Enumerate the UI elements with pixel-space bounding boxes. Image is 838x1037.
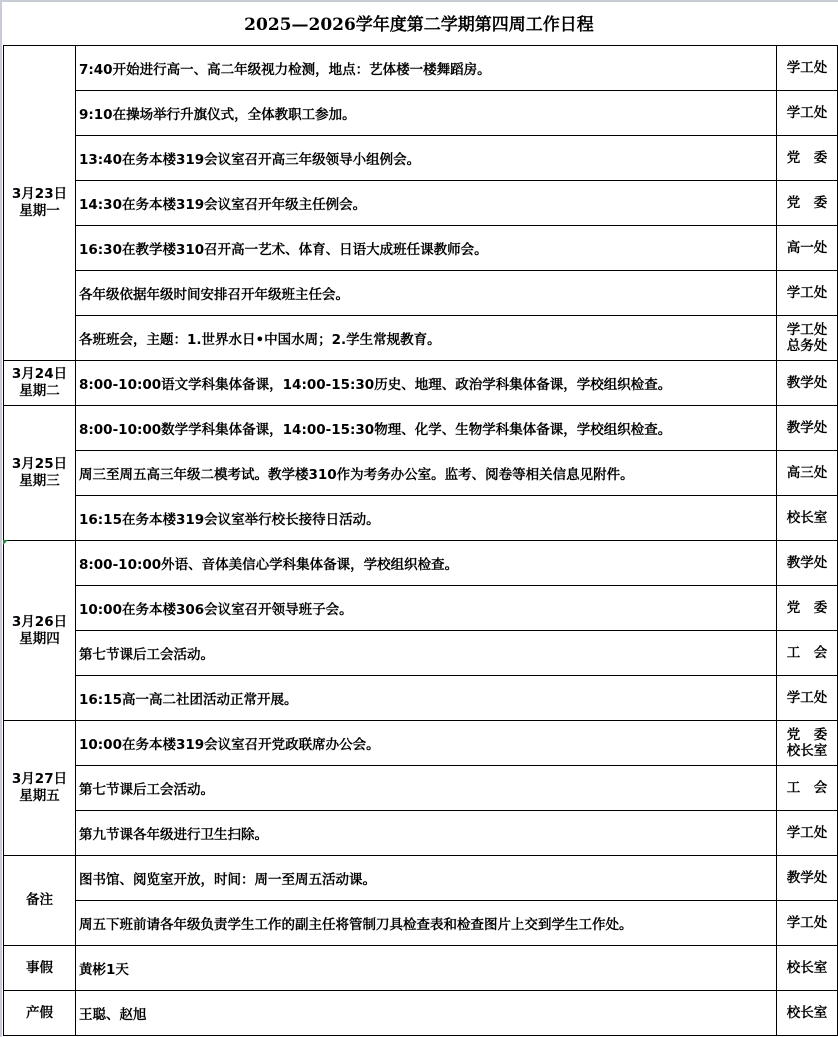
- date-cell-mon: 3月23日 星期一: [4, 46, 76, 361]
- dept-label: 党 委: [777, 150, 837, 166]
- event-content: 7:40开始进行高一、高二年级视力检测，地点：艺体楼一楼舞蹈房。: [76, 46, 777, 91]
- event-content: 8:00-10:00语文学科集体备课，14:00-15:30历史、地理、政治学科…: [76, 361, 777, 406]
- dept-label: 学工处: [777, 105, 837, 121]
- table-row: 16:15高一高二社团活动正常开展。 学工处: [4, 676, 838, 721]
- dept-cell: 学工处: [777, 91, 838, 136]
- dept-cell: 教学处: [777, 406, 838, 451]
- table-row: 第七节课后工会活动。 工 会: [4, 766, 838, 811]
- dept-cell: 高一处: [777, 226, 838, 271]
- personal-leave-content: 黄彬1天: [76, 946, 777, 991]
- maternity-leave-content: 王聪、赵旭: [76, 991, 777, 1036]
- date-cell-fri: 3月27日 星期五: [4, 721, 76, 856]
- dept-label: 学工处: [777, 825, 837, 841]
- date-cell-thu: 3月26日 星期四: [4, 541, 76, 721]
- date-cell-tue: 3月24日 星期二: [4, 361, 76, 406]
- table-row: 16:30在教学楼310召开高一艺术、体育、日语大成班任课教师会。 高一处: [4, 226, 838, 271]
- table-row: 各年级依据年级时间安排召开年级班主任会。 学工处: [4, 271, 838, 316]
- dept-label: 学工处: [777, 60, 837, 76]
- personal-leave-label: 事假: [4, 946, 76, 991]
- event-content: 16:15在务本楼319会议室举行校长接待日活动。: [76, 496, 777, 541]
- dept-label: 学工处: [777, 915, 837, 931]
- event-content: 8:00-10:00数学学科集体备课，14:00-15:30物理、化学、生物学科…: [76, 406, 777, 451]
- dept-label: 高三处: [777, 465, 837, 481]
- event-content: 10:00在务本楼319会议室召开党政联席办公会。: [76, 721, 777, 766]
- dept-cell: 学工处: [777, 811, 838, 856]
- event-content: 第七节课后工会活动。: [76, 766, 777, 811]
- dept-label: 工 会: [777, 645, 837, 661]
- dept-label: 校长室: [777, 1005, 837, 1021]
- dept-cell: 工 会: [777, 766, 838, 811]
- table-row: 14:30在务本楼319会议室召开年级主任例会。 党 委: [4, 181, 838, 226]
- dept-cell: 学工处: [777, 271, 838, 316]
- dept-cell: 校长室: [777, 991, 838, 1036]
- schedule-table: 3月23日 星期一 7:40开始进行高一、高二年级视力检测，地点：艺体楼一楼舞蹈…: [3, 45, 838, 1036]
- weekday-label: 星期二: [4, 383, 75, 400]
- dept-cell: 党 委: [777, 136, 838, 181]
- dept-cell: 校长室: [777, 496, 838, 541]
- dept-label: 校长室: [777, 743, 837, 759]
- table-row: 9:10在操场举行升旗仪式，全体教职工参加。 学工处: [4, 91, 838, 136]
- date-cell-wed: 3月25日 星期三: [4, 406, 76, 541]
- dept-cell: 学工处: [777, 46, 838, 91]
- table-row: 13:40在务本楼319会议室召开高三年级领导小组例会。 党 委: [4, 136, 838, 181]
- table-row: 产假 王聪、赵旭 校长室: [4, 991, 838, 1036]
- table-row: 3月25日 星期三 8:00-10:00数学学科集体备课，14:00-15:30…: [4, 406, 838, 451]
- dept-label: 学工处: [777, 690, 837, 706]
- dept-cell: 教学处: [777, 361, 838, 406]
- note-content: 图书馆、阅览室开放，时间：周一至周五活动课。: [76, 856, 777, 901]
- dept-label: 校长室: [777, 510, 837, 526]
- table-row: 第七节课后工会活动。 工 会: [4, 631, 838, 676]
- dept-label: 教学处: [777, 555, 837, 571]
- dept-label: 教学处: [777, 375, 837, 391]
- event-content: 14:30在务本楼319会议室召开年级主任例会。: [76, 181, 777, 226]
- dept-cell: 教学处: [777, 541, 838, 586]
- dept-cell: 校长室: [777, 946, 838, 991]
- dept-label: 党 委: [777, 727, 837, 743]
- dept-label: 高一处: [777, 240, 837, 256]
- dept-cell: 高三处: [777, 451, 838, 496]
- event-content: 第七节课后工会活动。: [76, 631, 777, 676]
- dept-cell: 党 委 校长室: [777, 721, 838, 766]
- date-label: 3月24日: [4, 366, 75, 383]
- event-content: 各班班会，主题：1.世界水日•中国水周；2.学生常规教育。: [76, 316, 777, 361]
- dept-label: 教学处: [777, 420, 837, 436]
- dept-label: 党 委: [777, 600, 837, 616]
- event-content: 13:40在务本楼319会议室召开高三年级领导小组例会。: [76, 136, 777, 181]
- dept-cell: 党 委: [777, 181, 838, 226]
- dept-cell: 学工处: [777, 901, 838, 946]
- table-row: 3月24日 星期二 8:00-10:00语文学科集体备课，14:00-15:30…: [4, 361, 838, 406]
- date-label: 3月23日: [4, 186, 75, 203]
- note-content: 周五下班前请各年级负责学生工作的副主任将管制刀具检查表和检查图片上交到学生工作处…: [76, 901, 777, 946]
- event-content: 第九节课各年级进行卫生扫除。: [76, 811, 777, 856]
- event-content: 周三至周五高三年级二模考试。教学楼310作为考务办公室。监考、阅卷等相关信息见附…: [76, 451, 777, 496]
- event-content: 10:00在务本楼306会议室召开领导班子会。: [76, 586, 777, 631]
- table-row: 3月26日 星期四 8:00-10:00外语、音体美信心学科集体备课，学校组织检…: [4, 541, 838, 586]
- event-content: 9:10在操场举行升旗仪式，全体教职工参加。: [76, 91, 777, 136]
- weekday-label: 星期一: [4, 203, 75, 220]
- table-row: 各班班会，主题：1.世界水日•中国水周；2.学生常规教育。 学工处 总务处: [4, 316, 838, 361]
- dept-cell: 党 委: [777, 586, 838, 631]
- cell-comment-marker-icon: [3, 540, 8, 545]
- dept-label: 学工处: [777, 322, 837, 338]
- dept-cell: 工 会: [777, 631, 838, 676]
- table-row: 第九节课各年级进行卫生扫除。 学工处: [4, 811, 838, 856]
- dept-label: 校长室: [777, 960, 837, 976]
- event-content: 16:15高一高二社团活动正常开展。: [76, 676, 777, 721]
- dept-label: 教学处: [777, 870, 837, 886]
- notes-label: 备注: [4, 856, 76, 946]
- dept-label: 总务处: [777, 338, 837, 354]
- dept-cell: 学工处 总务处: [777, 316, 838, 361]
- table-row: 周三至周五高三年级二模考试。教学楼310作为考务办公室。监考、阅卷等相关信息见附…: [4, 451, 838, 496]
- dept-label: 党 委: [777, 195, 837, 211]
- date-label: 3月25日: [4, 456, 75, 473]
- dept-label: 工 会: [777, 780, 837, 796]
- dept-cell: 教学处: [777, 856, 838, 901]
- table-row: 10:00在务本楼306会议室召开领导班子会。 党 委: [4, 586, 838, 631]
- table-row: 3月27日 星期五 10:00在务本楼319会议室召开党政联席办公会。 党 委 …: [4, 721, 838, 766]
- event-content: 16:30在教学楼310召开高一艺术、体育、日语大成班任课教师会。: [76, 226, 777, 271]
- weekday-label: 星期四: [4, 631, 75, 648]
- date-label: 3月27日: [4, 771, 75, 788]
- table-row: 事假 黄彬1天 校长室: [4, 946, 838, 991]
- weekday-label: 星期三: [4, 473, 75, 490]
- dept-cell: 学工处: [777, 676, 838, 721]
- page-title: 2025—2026学年度第二学期第四周工作日程: [0, 0, 838, 45]
- maternity-leave-label: 产假: [4, 991, 76, 1036]
- date-label: 3月26日: [4, 614, 75, 631]
- table-row: 16:15在务本楼319会议室举行校长接待日活动。 校长室: [4, 496, 838, 541]
- weekday-label: 星期五: [4, 788, 75, 805]
- event-content: 8:00-10:00外语、音体美信心学科集体备课，学校组织检查。: [76, 541, 777, 586]
- dept-label: 学工处: [777, 285, 837, 301]
- event-content: 各年级依据年级时间安排召开年级班主任会。: [76, 271, 777, 316]
- table-row: 备注 图书馆、阅览室开放，时间：周一至周五活动课。 教学处: [4, 856, 838, 901]
- table-row: 3月23日 星期一 7:40开始进行高一、高二年级视力检测，地点：艺体楼一楼舞蹈…: [4, 46, 838, 91]
- table-row: 周五下班前请各年级负责学生工作的副主任将管制刀具检查表和检查图片上交到学生工作处…: [4, 901, 838, 946]
